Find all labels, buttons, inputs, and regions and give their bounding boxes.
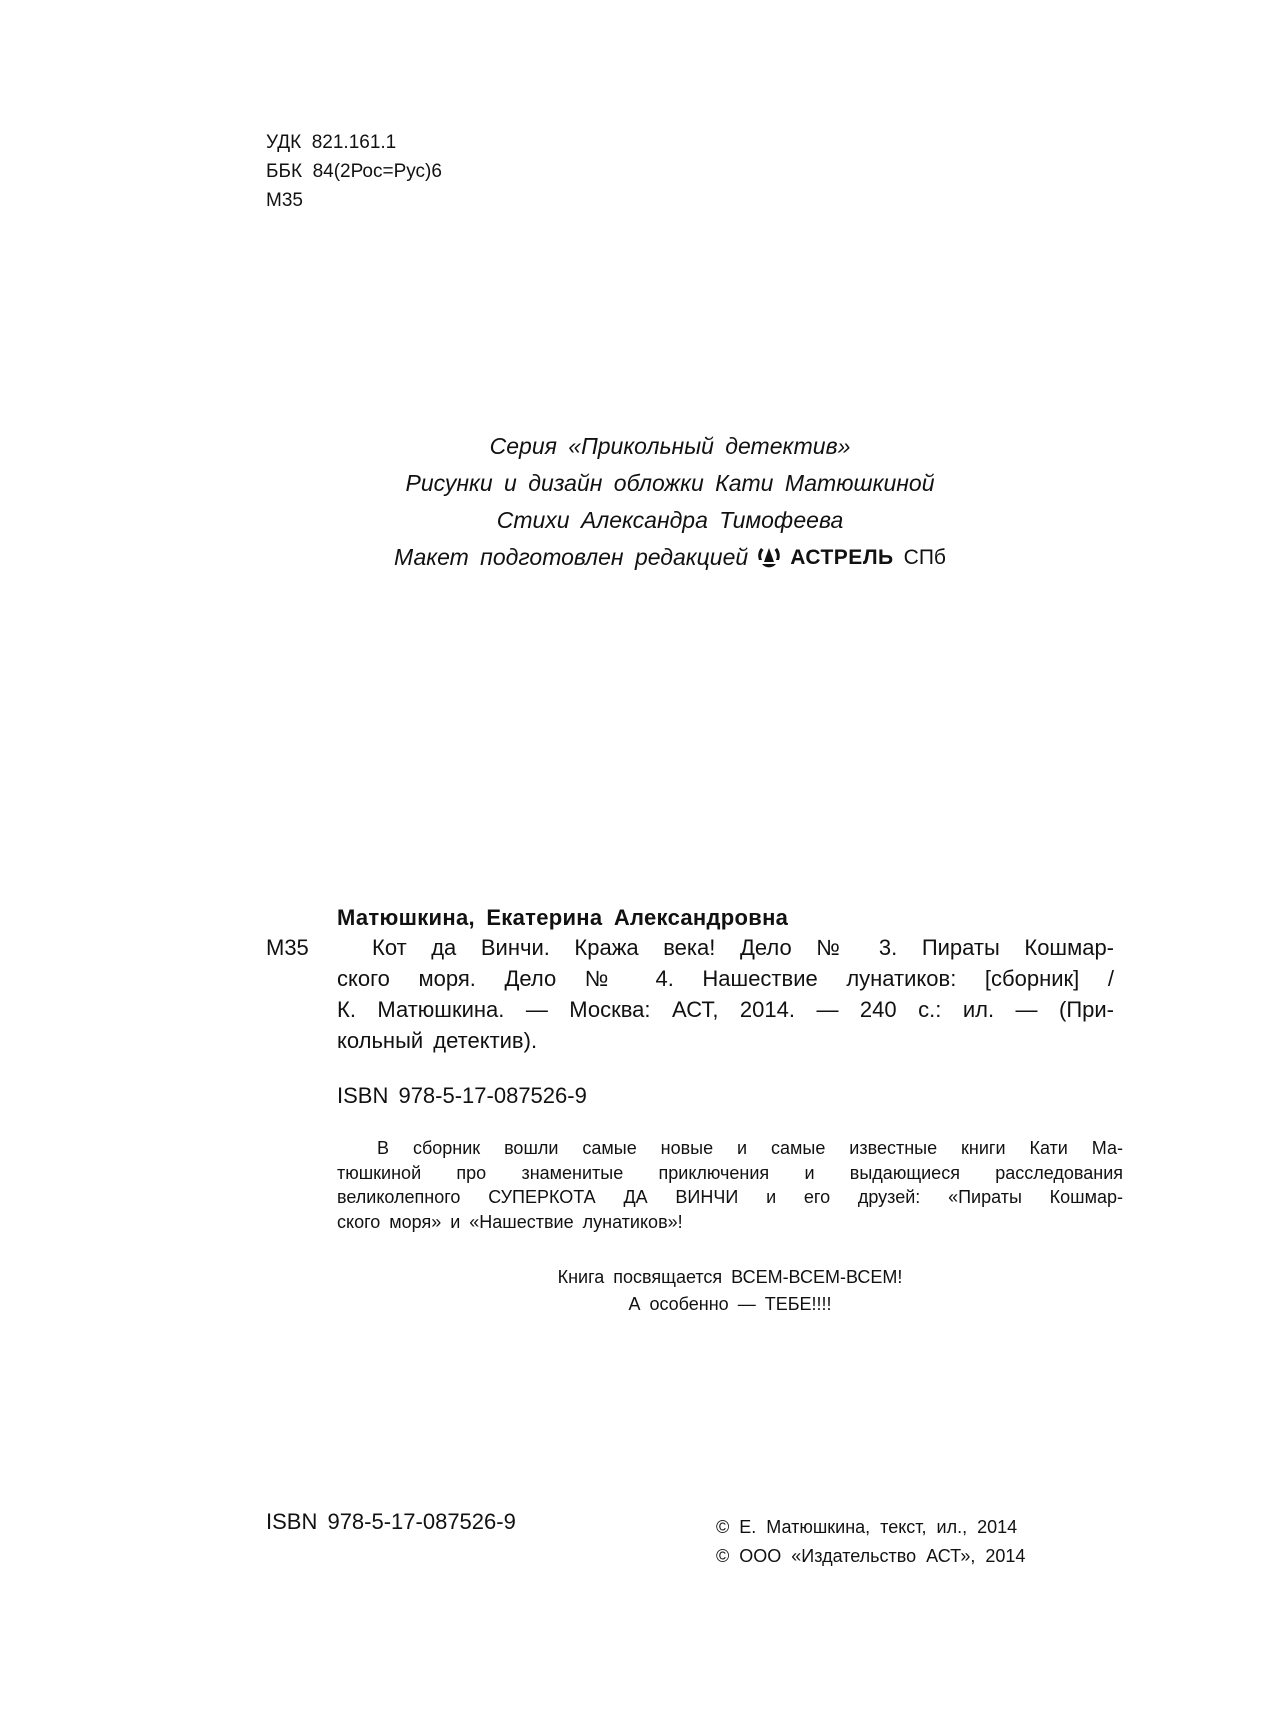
astrel-a-logo-icon <box>754 543 784 573</box>
description-line: К. Матюшкина. — Москва: АСТ, 2014. — 240… <box>337 994 1114 1025</box>
bbk-code: ББК 84(2Рос=Рус)6 <box>266 157 442 186</box>
description-line: ского моря. Дело № 4. Нашествие лунатико… <box>337 963 1114 994</box>
author-heading: Матюшкина, Екатерина Александровна <box>337 905 788 931</box>
series-line: Серия «Прикольный детектив» <box>340 428 1000 465</box>
annotation-line: великолепного СУПЕРКОТА ДА ВИНЧИ и его д… <box>337 1185 1123 1210</box>
annotation-line: ского моря» и «Нашествие лунатиков»! <box>337 1210 1123 1235</box>
record-code: М35 <box>266 935 309 961</box>
poems-credit: Стихи Александра Тимофеева <box>340 502 1000 539</box>
copyright-block: © Е. Матюшкина, текст, ил., 2014 © ООО «… <box>716 1513 1025 1571</box>
author-mark: М35 <box>266 186 442 215</box>
layout-credit: Макет подготовлен редакцией АСТРЕЛЬ СПб <box>340 539 1000 576</box>
credits-block: Серия «Прикольный детектив» Рисунки и ди… <box>340 428 1000 576</box>
classification-block: УДК 821.161.1 ББК 84(2Рос=Рус)6 М35 <box>266 128 442 215</box>
copyright-publisher: © ООО «Издательство АСТ», 2014 <box>716 1542 1025 1571</box>
illustrations-credit: Рисунки и дизайн обложки Кати Матюшкиной <box>340 465 1000 502</box>
annotation-line: В сборник вошли самые новые и самые изве… <box>337 1136 1123 1161</box>
description-line: Кот да Винчи. Кража века! Дело № 3. Пира… <box>337 932 1114 963</box>
publisher-logo-name: АСТРЕЛЬ <box>790 539 893 576</box>
annotation-line: тюшкиной про знаменитые приключения и вы… <box>337 1161 1123 1186</box>
footer-isbn: ISBN 978-5-17-087526-9 <box>266 1509 516 1535</box>
bibliographic-description: Кот да Винчи. Кража века! Дело № 3. Пира… <box>337 932 1114 1056</box>
copyright-author: © Е. Матюшкина, текст, ил., 2014 <box>716 1513 1025 1542</box>
publisher-logo-suffix: СПб <box>904 539 946 576</box>
description-line: кольный детектив). <box>337 1025 1114 1056</box>
udk-code: УДК 821.161.1 <box>266 128 442 157</box>
dedication-line-1: Книга посвящается ВСЕМ-ВСЕМ-ВСЕМ! <box>337 1264 1123 1291</box>
annotation: В сборник вошли самые новые и самые изве… <box>337 1136 1123 1234</box>
record-isbn: ISBN 978-5-17-087526-9 <box>337 1083 587 1109</box>
dedication-line-2: А особенно — ТЕБЕ!!!! <box>337 1291 1123 1318</box>
layout-credit-text: Макет подготовлен редакцией <box>394 539 748 576</box>
dedication: Книга посвящается ВСЕМ-ВСЕМ-ВСЕМ! А особ… <box>337 1264 1123 1318</box>
